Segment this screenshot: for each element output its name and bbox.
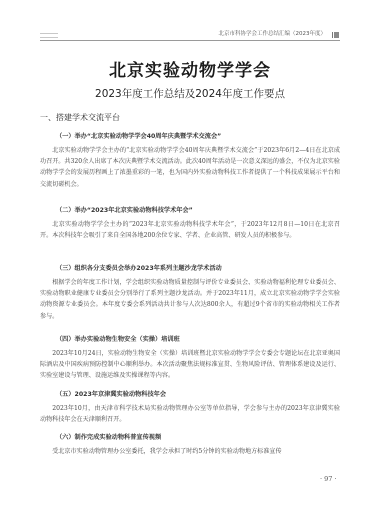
subsection-heading: （一）举办“北京实验动物学学会40周年庆典暨学术交流会” bbox=[56, 132, 221, 141]
book-icon bbox=[332, 32, 340, 38]
section-heading: 一、搭建学术交流平台 bbox=[40, 112, 120, 123]
running-header: 北京市科协学会工作总结汇编（2023年度） bbox=[40, 30, 340, 41]
document-subtitle: 2023年度工作总结及2024年度工作要点 bbox=[0, 87, 380, 101]
document-title: 北京实验动物学学会 bbox=[0, 60, 380, 82]
subsection-heading: （六）制作完成实验动物科普宣传视频 bbox=[56, 433, 161, 442]
header-decoration bbox=[40, 33, 58, 38]
subsection-heading: （五）2023年京津冀实验动物科技年会 bbox=[56, 390, 166, 399]
subsection-heading: （四）举办实验动物生物安全（实操）培训班 bbox=[56, 335, 180, 344]
paragraph: 2023年10月24日，实验动物生物安全（实操）培训班暨北京实验动物学学会专委会… bbox=[40, 348, 340, 382]
document-page: 北京市科协学会工作总结汇编（2023年度） 北京实验动物学学会 2023年度工作… bbox=[0, 0, 380, 512]
paragraph: 2023年10月，由天津市科学技术局实验动物管理办公室等单位指导，学会参与主办的… bbox=[40, 403, 340, 425]
subsection-heading: （三）组织各分支委员会举办2023年系列主题沙龙学术活动 bbox=[56, 264, 222, 273]
paragraph: 受北京市实验动物管理办公室委托，我学会承担了时约5分钟的实验动物地方标准宣传 bbox=[40, 446, 340, 457]
page-number: · 97 · bbox=[320, 475, 337, 483]
running-header-text: 北京市科协学会工作总结汇编（2023年度） bbox=[219, 30, 327, 39]
subsection-heading: （二）举办“2023年北京实验动物科技学术年会” bbox=[56, 206, 193, 215]
paragraph: 根据学会的年度工作计划，学会组织实验动物质量控制与评价专业委员会、实验动物福利伦… bbox=[40, 277, 340, 322]
paragraph: 北京实验动物学学会主办的“2023年北京实验动物科技学术年会”，于2023年12… bbox=[40, 219, 340, 241]
paragraph: 北京实验动物学学会主办的“北京实验动物学学会40周年庆典暨学术交流会”于2023… bbox=[40, 145, 340, 190]
